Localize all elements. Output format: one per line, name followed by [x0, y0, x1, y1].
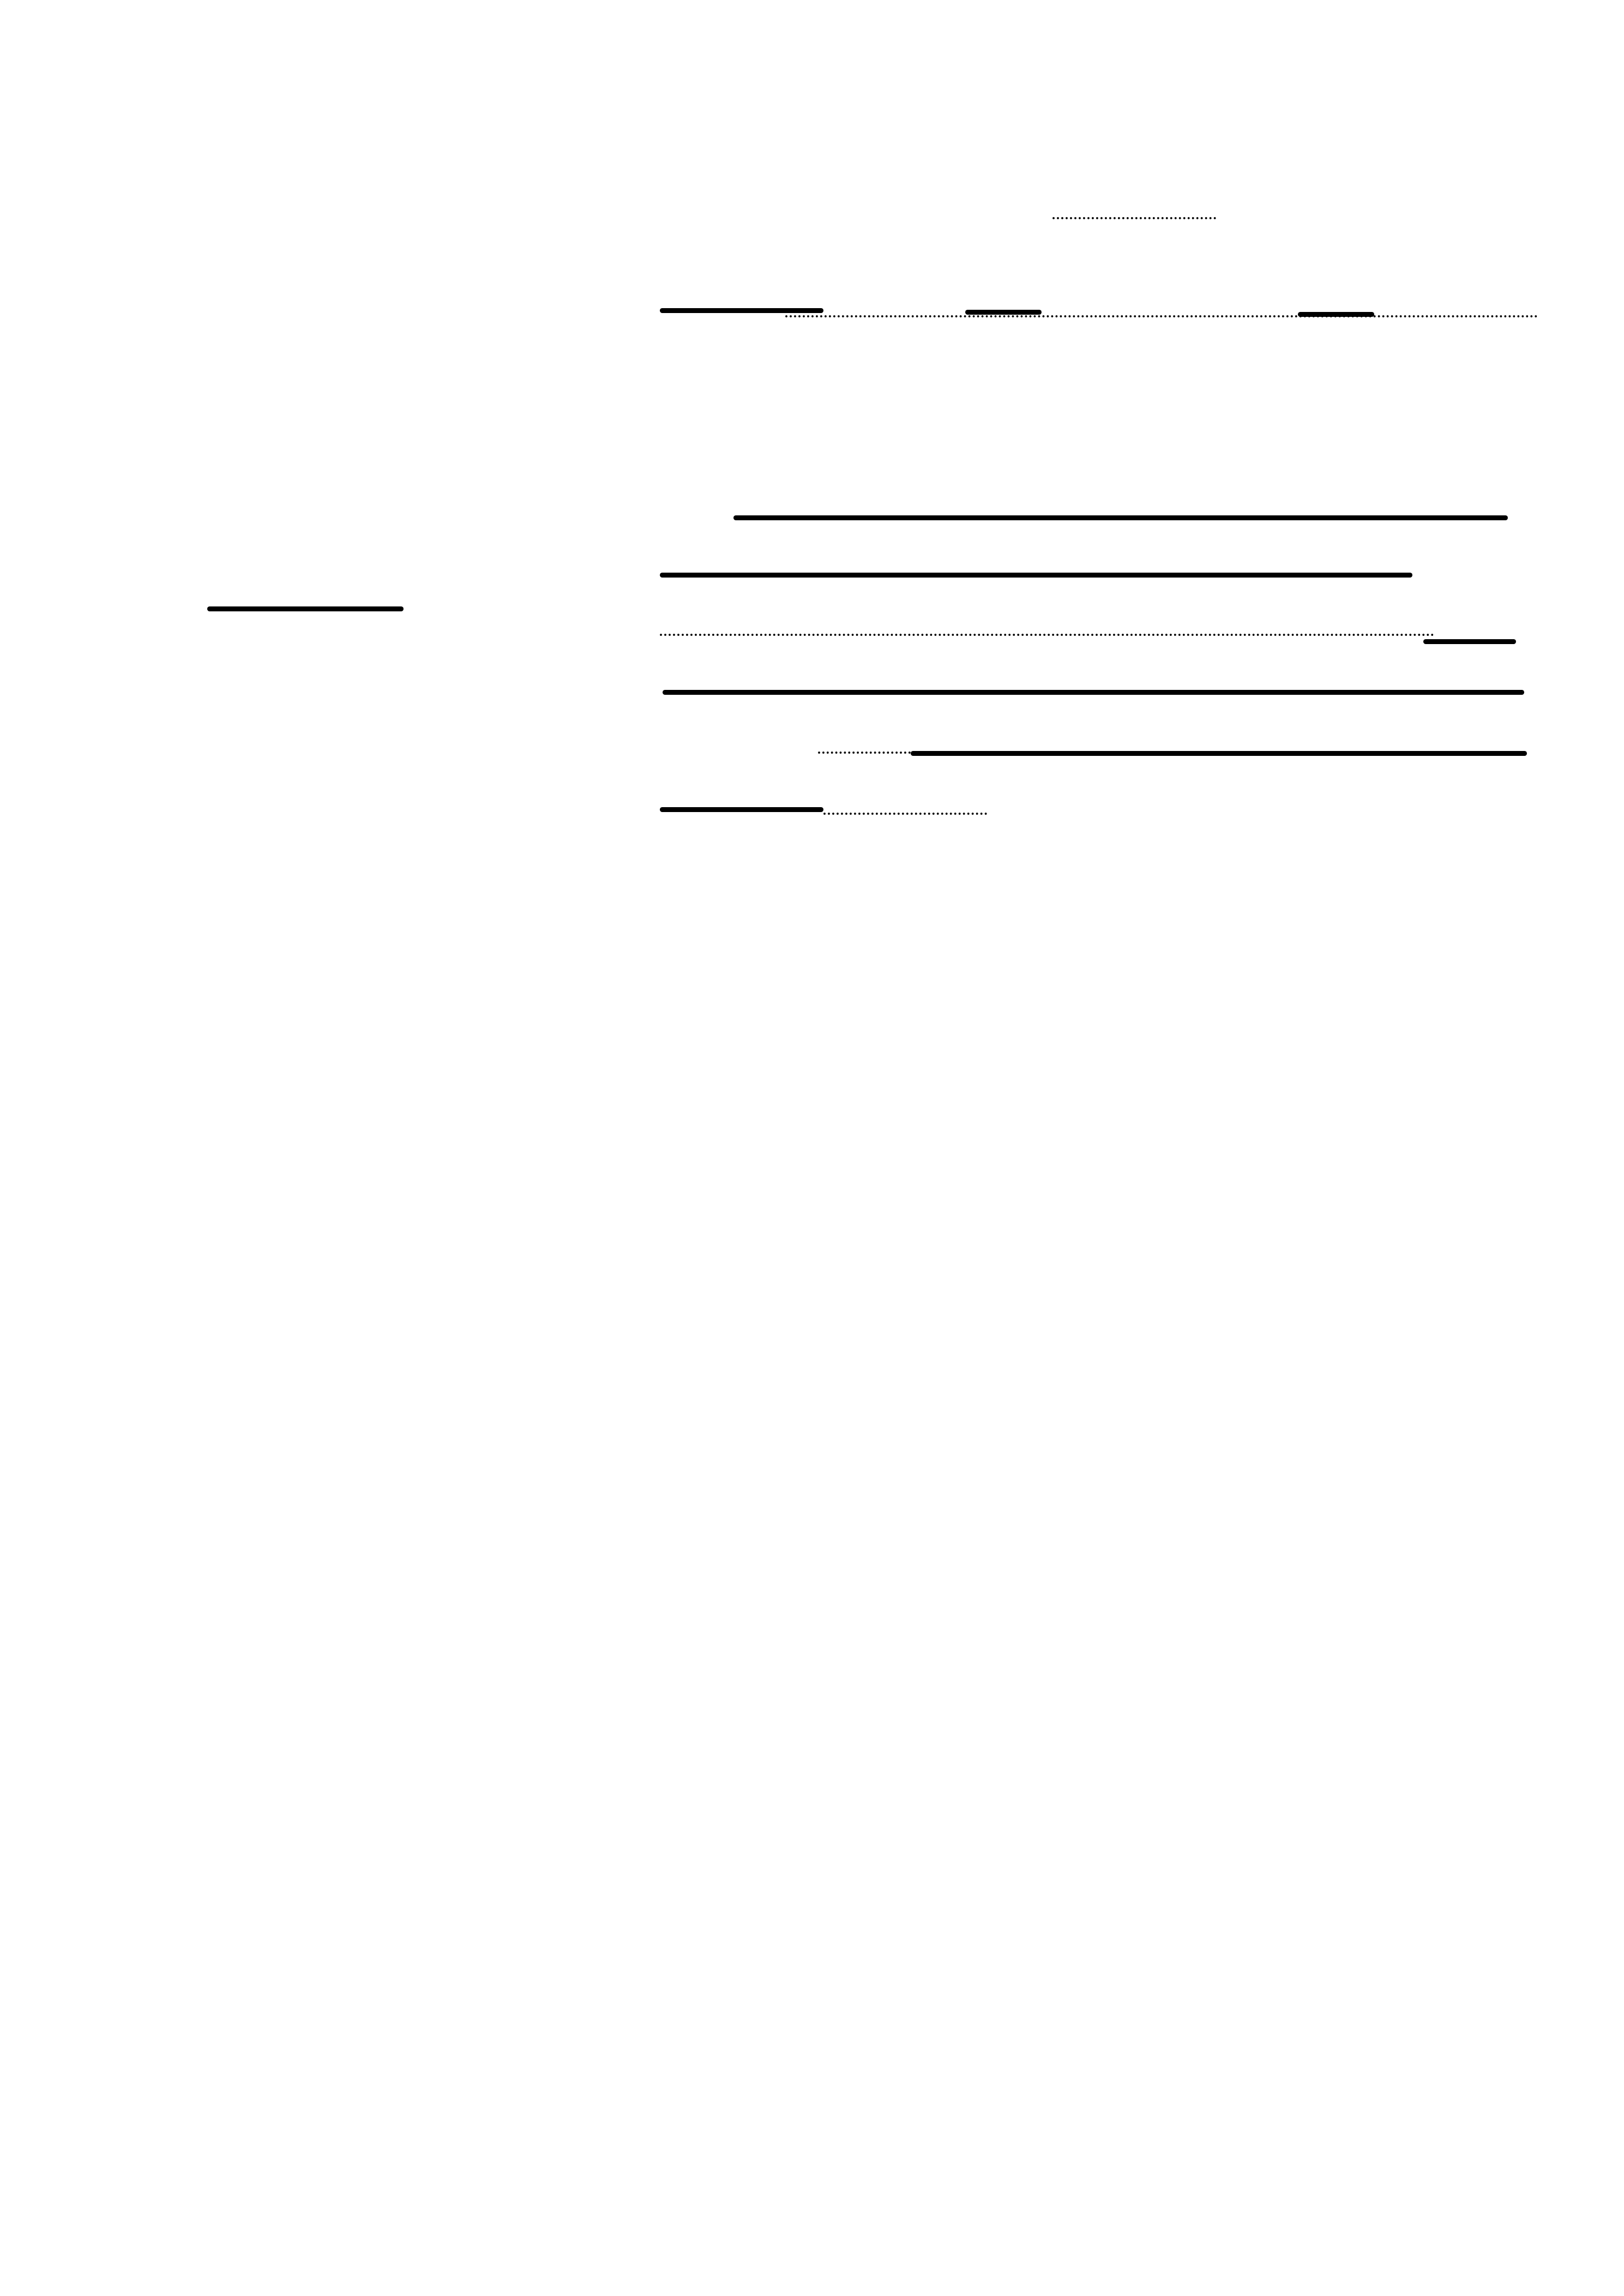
date-bar [1298, 312, 1374, 317]
religion-1-bar [660, 807, 823, 812]
wohnhaft-in-rule [818, 752, 911, 754]
nach-bar [733, 515, 1508, 520]
blank-bar-1 [663, 690, 1524, 695]
birth-register-page [0, 0, 1624, 2296]
place-bar-right [965, 310, 1042, 315]
religion-1-rule [823, 813, 987, 815]
informant-rule [660, 634, 1434, 636]
wohnhaft-in-bar [911, 751, 1527, 756]
informant-bar [1423, 639, 1516, 644]
bekannt-bar [660, 573, 1412, 578]
margin-underline [207, 606, 404, 611]
date-rule [785, 315, 1538, 317]
place-bar-left [660, 308, 823, 313]
number-rule [1052, 217, 1216, 219]
